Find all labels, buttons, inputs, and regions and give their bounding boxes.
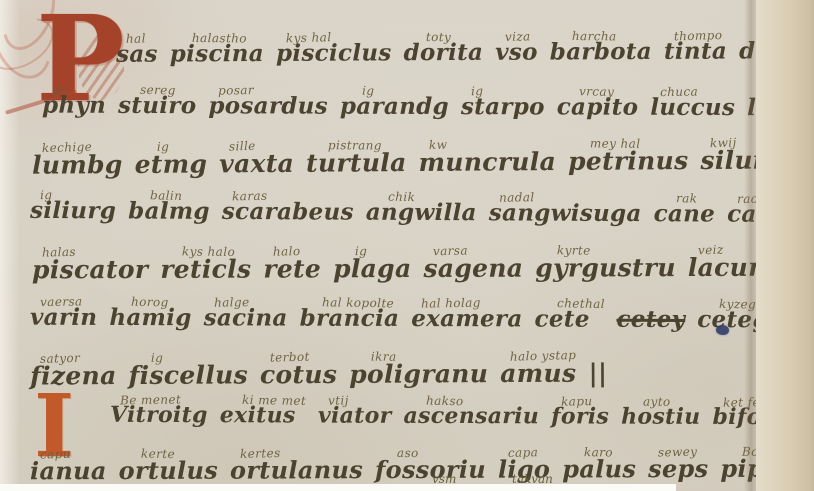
gloss-word: satyor (40, 351, 81, 366)
main-word: posardus (208, 94, 328, 119)
word-unit: igparandg (340, 84, 449, 120)
main-word: luccus (650, 96, 735, 121)
word-unit: karasscarabeus (222, 189, 354, 226)
main-word: phyn (42, 94, 106, 119)
main-word: brancia (300, 307, 400, 332)
main-word: petrinus (568, 147, 689, 175)
gloss-word: vtij (328, 393, 349, 407)
main-word: dorita (404, 41, 484, 66)
gloss-word: ga (52, 83, 68, 97)
text-line-7: satyorfizenaigfiscellusterbotcotusikrapo… (30, 348, 608, 389)
main-word: sangwisuga (489, 201, 642, 227)
word-unit: nadalsangwisuga (489, 190, 642, 227)
main-word: ortulanus (230, 457, 363, 483)
word-unit: halo ystapamus (500, 349, 577, 387)
main-word: ianua (30, 458, 107, 484)
main-word: capito (557, 95, 639, 120)
main-word: seps (648, 456, 708, 482)
gloss-word: halas (42, 245, 76, 260)
main-word: piscina (170, 42, 264, 67)
word-unit: chethalcete (535, 296, 605, 332)
main-word: cete (535, 307, 590, 332)
main-word: ascensariu (403, 405, 539, 429)
word-unit: mey halpetrinus (568, 136, 689, 175)
gloss-word: ig (471, 84, 484, 98)
word-unit: aytohostiu (621, 395, 700, 430)
main-word: || (589, 359, 608, 386)
main-word: foris (551, 405, 609, 429)
gloss-word: toty (425, 30, 450, 44)
gloss-word: chethal (557, 296, 605, 311)
main-word: angwilla (366, 201, 477, 226)
word-unit: hal kopoltebrancia (300, 296, 400, 332)
gloss-word: harcha (572, 29, 617, 43)
gloss-word: kw (428, 138, 447, 153)
word-unit: vaersavarin (30, 295, 97, 331)
main-word: piscator (32, 256, 148, 283)
word-unit: posarposardus (208, 83, 328, 119)
text-line-4: igsiliurgbalinbalmgkarasscarabeuschikang… (30, 188, 814, 228)
gloss-word: halastho (192, 31, 247, 45)
main-word: sagena (423, 255, 523, 282)
word-unit: || (589, 359, 608, 386)
main-word: etmg (135, 150, 208, 178)
main-word: parandg (340, 95, 449, 120)
main-word: sacina (204, 306, 288, 331)
gloss-word: kys hal (286, 30, 332, 45)
gloss-word: kertes (240, 446, 281, 461)
gloss-word: ig (156, 140, 168, 154)
word-unit: kys halpisciclus (276, 30, 392, 66)
main-word: poligranu (349, 360, 488, 388)
word-unit: seregstuiro (118, 83, 196, 119)
word-unit: gaphyn (42, 83, 106, 119)
page-edge (756, 0, 814, 491)
gloss-word: hakso (425, 394, 463, 409)
word-unit: pistrangturtula (306, 138, 407, 177)
gloss-word: hal holag (421, 296, 481, 311)
word-unit: sillevaxta (219, 139, 294, 178)
gloss-word: ikra (371, 350, 397, 364)
word-unit: igplaga (333, 244, 411, 282)
word-unit: chucaluccus (650, 85, 735, 121)
main-word: varin (30, 306, 97, 331)
main-word: muncrula (418, 148, 556, 176)
main-word: fossoriu (375, 457, 486, 483)
gloss-word: ki me met (242, 393, 306, 408)
text-line-9: capuianuakerteortuluskertesortulanusasof… (30, 445, 772, 484)
main-word: gyrgustru (535, 254, 676, 281)
word-unit: Be menetVitroitg (110, 393, 208, 428)
gloss-word: rak (676, 191, 698, 205)
gloss-word: sereg (140, 83, 176, 98)
word-unit: totydorita (403, 30, 483, 66)
gloss-word: kechige (42, 140, 93, 155)
word-unit: igetmg (134, 139, 207, 178)
word-unit: asofossoriu (375, 446, 486, 483)
word-unit: igfiscellus (128, 350, 248, 389)
word-unit: halasthopiscina (170, 31, 264, 67)
word-unit: thompotinta (664, 29, 727, 65)
word-unit: kechigelumbg (32, 140, 123, 179)
main-word: hostiu (621, 406, 700, 430)
word-unit: karopalus (562, 445, 636, 482)
word-unit: varsasagena (423, 244, 523, 282)
word-unit: balinbalmg (128, 188, 210, 224)
main-word: turtula (306, 149, 407, 177)
main-word: scarabeus (222, 200, 354, 226)
main-word: exitus (220, 404, 296, 428)
gloss-word: posar (218, 83, 254, 98)
gloss-word: karas (232, 189, 268, 204)
gloss-word: ig (362, 84, 375, 98)
gloss-word: vaersa (40, 294, 83, 309)
gloss-word: chik (388, 190, 415, 205)
gloss-word: aso (397, 446, 419, 460)
word-unit: igsiliurg (30, 188, 116, 224)
text-line-8: Be menetVitroitgki me metexitusvtijviato… (110, 393, 803, 430)
gloss-word: kapu (561, 394, 593, 409)
main-word: vaxta (219, 150, 294, 178)
gloss-word: halo (273, 244, 301, 259)
manuscript-page: P I halsashalasthopiscinakys halpisciclu… (0, 0, 814, 491)
gloss-word: sille (229, 139, 256, 154)
main-word: balmg (128, 199, 210, 224)
main-word: cotus (260, 361, 337, 388)
gloss-word: kwij (710, 135, 737, 150)
gloss-word: ayto (643, 394, 671, 408)
gloss-word: capa (508, 445, 539, 460)
word-unit: kyrtegyrgustru (535, 243, 676, 281)
gloss-word: chuca (660, 85, 698, 100)
word-unit: seweyseps (648, 445, 708, 482)
main-word: examera (411, 307, 522, 332)
text-line-6: vaersavarinhoroghamighalgesacinahal kopo… (30, 295, 785, 333)
gloss-word: capu (40, 447, 71, 462)
word-unit: kapuforis (551, 394, 609, 429)
cut-gloss-fragment: takvan (512, 472, 553, 486)
gloss-word: viza (505, 29, 531, 44)
word-unit: kertesortulanus (230, 446, 363, 483)
gloss-word: veiz (698, 243, 724, 258)
main-word-struck: cetey (616, 308, 685, 333)
gloss-word: ig (150, 351, 162, 365)
main-word: rete (263, 255, 321, 282)
main-word: amus (500, 360, 576, 387)
text-line-1: halsashalasthopiscinakys halpisciclustot… (116, 28, 788, 67)
gloss-word: mey hal (590, 136, 641, 150)
word-unit: vtijviator (318, 394, 392, 429)
main-word: lumbg (32, 151, 123, 179)
gloss-word: sewey (658, 445, 698, 460)
word-unit: halgesacina (204, 295, 288, 331)
word-unit: kys haloreticls (160, 245, 251, 283)
gloss-word: halo ystap (510, 348, 577, 364)
word-unit: kwmuncrula (418, 137, 556, 176)
main-word: cane (654, 202, 716, 227)
word-unit: vrcaycapito (557, 84, 639, 120)
word-unit: ikrapoligranu (349, 349, 488, 388)
gloss-word: karo (584, 445, 613, 459)
gloss-word: kys halo (182, 244, 235, 259)
word-unit: harchabarbota (550, 29, 652, 65)
word-unit: igstarpo (461, 84, 545, 120)
main-word: stuiro (118, 94, 196, 119)
word-unit: kerteortulus (119, 447, 219, 484)
main-word: vso (495, 41, 538, 66)
main-word: hamig (109, 306, 191, 331)
gloss-word: Be menet (120, 392, 181, 407)
word-unit: halaspiscator (32, 245, 148, 283)
scan-edge-strip (0, 484, 676, 491)
gloss-word: terbot (270, 350, 310, 365)
word-unit: halsas (116, 32, 158, 68)
word-unit: chikangwilla (366, 190, 477, 226)
main-word: starpo (461, 95, 545, 120)
gloss-word: ig (40, 188, 53, 202)
main-word: palus (562, 456, 636, 482)
cut-gloss-fragment: vsm (432, 472, 456, 486)
main-word: fizena (30, 362, 117, 389)
gloss-word: thompo (674, 28, 723, 43)
main-word: reticls (160, 256, 251, 283)
word-unit: terbotcotus (260, 350, 337, 388)
gloss-word: ig (355, 244, 367, 258)
gloss-word: balin (150, 188, 183, 203)
main-word: siliurg (30, 199, 116, 224)
gloss-word: kyrte (557, 243, 591, 257)
main-word: ortulus (119, 458, 218, 484)
gloss-word: hal (126, 31, 146, 46)
gloss-word: vrcay (579, 84, 614, 99)
gloss-word: kerte (141, 447, 175, 461)
main-word: barbota (550, 40, 652, 65)
main-word: Vitroitg (110, 404, 208, 428)
gloss-word: hal kopolte (322, 295, 394, 310)
gloss-word: nadal (499, 190, 535, 205)
word-unit: satyorfizena (30, 351, 117, 389)
text-line-5: halaspiscatorkys haloreticlshaloreteigpl… (32, 243, 783, 284)
gloss-word: horog (131, 295, 169, 310)
word-unit: capuianua (30, 447, 107, 484)
word-unit: halorete (263, 244, 321, 282)
main-word: fiscellus (128, 361, 248, 389)
text-line-3: kechigelumbgigetmgsillevaxtapistrangturt… (32, 135, 796, 178)
main-word: sas (116, 43, 158, 68)
gloss-word: halge (214, 295, 250, 310)
word-unit: haksoascensariu (403, 394, 539, 429)
word-unit: vizavso (495, 30, 538, 66)
word-unit: hal holagexamera (411, 296, 522, 332)
word-unit: horoghamig (109, 295, 191, 331)
word-unit: ki me metexitus (220, 393, 306, 428)
gloss-word: varsa (433, 243, 468, 258)
word-unit: cetey (616, 308, 685, 333)
main-word: plaga (333, 255, 411, 282)
text-line-2: gaphynseregstuiroposarposardusigparandgi… (42, 83, 814, 122)
blue-ink-dot (716, 325, 729, 335)
word-unit: rakcane (654, 191, 716, 227)
main-word: viator (318, 405, 392, 429)
gloss-word: pistrang (328, 138, 382, 152)
